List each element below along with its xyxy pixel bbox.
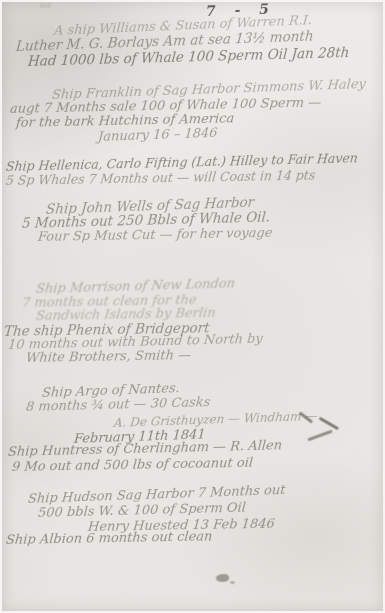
- ink-smudge: [216, 574, 229, 582]
- manuscript-line: Ship Albion 6 months out clean: [5, 529, 213, 548]
- scanned-manuscript: 600 7 - 5 A ship Williams & Susan of War…: [0, 0, 385, 613]
- ink-stroke: [307, 430, 332, 442]
- ink-smudge: [230, 581, 235, 584]
- manuscript-line: January 16 – 1846: [97, 126, 218, 145]
- manuscript-line: Four Sp Must Cut — for her voyage: [37, 226, 273, 245]
- ink-stroke: [319, 417, 339, 430]
- manuscript-line: White Brothers, Smith —: [25, 348, 191, 366]
- aged-paper-background: 600 7 - 5 A ship Williams & Susan of War…: [2, 2, 383, 611]
- manuscript-line: 9 Mo out and 500 lbs of cocoanut oil: [11, 456, 253, 475]
- pencil-mark: 600: [40, 3, 51, 10]
- manuscript-line: A. De Gristhuyzen — Windham —: [113, 409, 318, 430]
